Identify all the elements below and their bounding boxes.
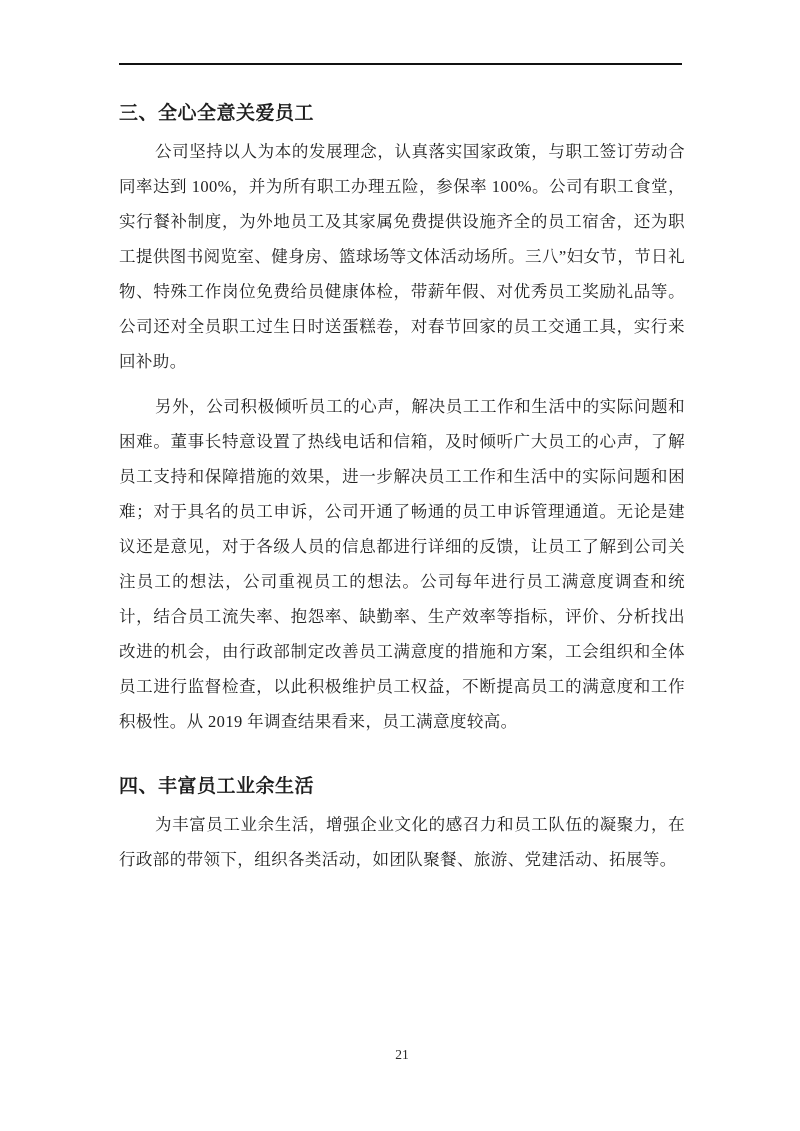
section-heading-enriching-employee-life: 四、丰富员工业余生活	[119, 773, 685, 801]
page-number: 21	[119, 1047, 685, 1063]
paragraph: 另外，公司积极倾听员工的心声，解决员工工作和生活中的实际问题和困难。董事长特意设…	[119, 389, 685, 739]
document-page: 三、全心全意关爱员工 公司坚持以人为本的发展理念，认真落实国家政策，与职工签订劳…	[0, 0, 800, 1131]
paragraph: 公司坚持以人为本的发展理念，认真落实国家政策，与职工签订劳动合同率达到 100%…	[119, 134, 685, 379]
page-header-rule	[119, 63, 682, 65]
section-heading-caring-for-employees: 三、全心全意关爱员工	[119, 100, 685, 128]
paragraph: 为丰富员工业余生活，增强企业文化的感召力和员工队伍的凝聚力，在行政部的带领下，组…	[119, 807, 685, 877]
document-body: 三、全心全意关爱员工 公司坚持以人为本的发展理念，认真落实国家政策，与职工签订劳…	[119, 100, 685, 887]
